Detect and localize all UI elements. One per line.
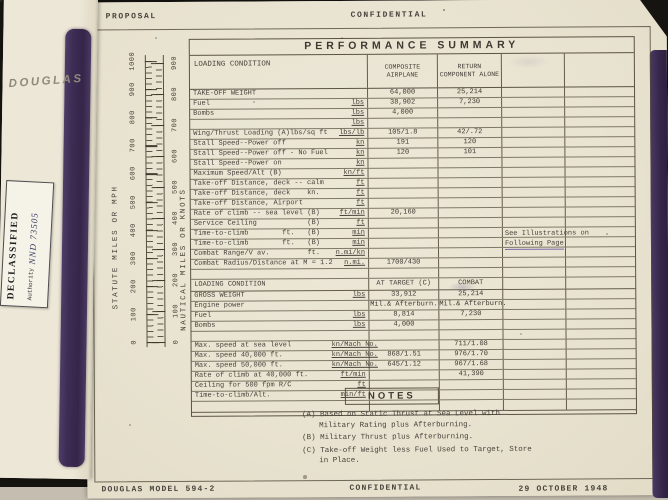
stamp-title: DECLASSIFIED (6, 189, 22, 299)
declassified-stamp: DECLASSIFIED Authority NND 73505 (0, 180, 54, 308)
scan-specks (0, 0, 2, 2)
stamp-authority: Authority NND 73505 (25, 188, 41, 300)
stamp-authority-label: Authority (26, 268, 35, 301)
underlying-page: DOUGLAS DECLASSIFIED Authority NND 73505 (0, 0, 668, 500)
stamp-authority-handwriting: NND 73505 (27, 212, 40, 265)
scanned-document-page: PROPOSAL CONFIDENTIAL STATUTE MILES OR M… (0, 0, 668, 500)
